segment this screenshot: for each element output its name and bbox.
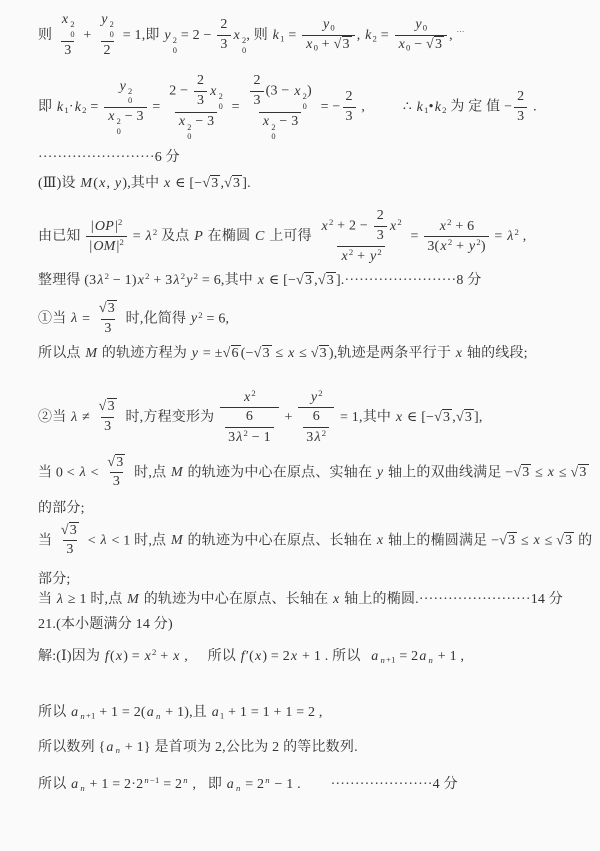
score-6-line: ························6 分 <box>38 148 578 168</box>
stacked-sub-sup: 20 <box>270 123 275 142</box>
math-variable: n <box>79 711 86 721</box>
math-variable: OP <box>94 219 115 234</box>
math-variable: y <box>114 176 122 191</box>
math-variable: P <box>193 229 204 244</box>
lambda-ge-1-line: 当 λ ≥ 1 时,点 M 的轨迹为中心在原点、长轴在 x 轴上的椭圆.····… <box>38 590 578 610</box>
math-variable: x <box>455 346 463 361</box>
case1-lambda-line: ①当 λ = √33 时,化简得 y2 = 6, <box>38 301 578 338</box>
math-variable: x <box>547 465 555 480</box>
document-body: 则 x203 + y202 = 1,即 y20 = 2 − 23x20, 则 k… <box>38 12 578 795</box>
subscript: 0 <box>406 43 411 53</box>
subscript: n+1 <box>79 711 95 721</box>
superscript: 2 <box>153 227 158 237</box>
subscript: n <box>155 711 162 721</box>
math-variable: λ <box>70 410 78 425</box>
fraction: 23 <box>374 208 387 245</box>
math-variable: x <box>533 533 541 548</box>
math-variable: x <box>254 649 262 664</box>
fraction: y202 <box>97 12 117 59</box>
math-variable: y <box>163 28 171 43</box>
superscript: 2 <box>105 271 110 281</box>
math-variable: x <box>61 12 69 27</box>
subscript: 2 <box>442 105 447 115</box>
math-variable: x <box>233 28 241 43</box>
subscript: 1 <box>280 33 285 43</box>
sqrt-radical: √3 <box>254 345 272 361</box>
superscript: 2 <box>322 428 327 438</box>
math-variable: n <box>264 775 271 785</box>
subscript: 2 <box>373 33 378 43</box>
sqrt-radical: √3 <box>296 272 314 288</box>
superscript: 2 <box>118 217 123 227</box>
fraction: x203 <box>58 12 78 59</box>
math-variable: λ <box>70 311 78 326</box>
fraction: x2 + 63(x2 + y2) <box>424 218 488 256</box>
fraction: y0x0 + √3 <box>302 17 355 54</box>
superscript: 2 <box>152 647 157 657</box>
ellipse-substitution-line: 则 x203 + y202 = 1,即 y20 = 2 − 23x20, 则 k… <box>38 12 578 59</box>
op-om-ratio-line: 由已知 |OP|2|OM|2 = λ2 及点 P 在椭圆 C 上可得 x2 + … <box>38 208 578 265</box>
fraction: √33 <box>58 523 82 560</box>
fraction: 23 <box>250 73 263 110</box>
fraction: 23(3 − x20)x20 − 3 <box>245 73 314 142</box>
math-variable: n <box>143 775 150 785</box>
math-variable: k <box>272 28 280 43</box>
math-variable: x <box>178 114 186 129</box>
math-variable: x <box>144 649 152 664</box>
math-variable: x <box>395 410 403 425</box>
sqrt-radical: √3 <box>499 532 517 548</box>
tiny-mark: ⋯ <box>457 27 466 36</box>
fraction: |OP|2|OM|2 <box>86 218 127 256</box>
math-variable: x <box>439 219 447 234</box>
stacked-sub-sup: 20 <box>302 92 307 111</box>
math-variable: k <box>416 100 424 115</box>
trajectory-segments-line: 所以点 M 的轨迹方程为 y = ±√6(−√3 ≤ x ≤ √3),轨迹是两条… <box>38 344 578 364</box>
math-variable: M <box>84 346 98 361</box>
stacked-sub-sup: 20 <box>116 117 121 136</box>
math-variable: a <box>70 705 79 720</box>
math-variable: x <box>293 84 301 99</box>
simplified-equation-line: 整理得 (3λ2 − 1)x2 + 3λ2y2 = 6,其中 x ∈ [−√3,… <box>38 271 578 291</box>
fraction: 2 − 23x20x20 − 3 <box>166 73 226 142</box>
math-variable: n <box>79 783 86 793</box>
math-variable: λ <box>235 430 243 445</box>
math-variable: x <box>398 37 406 52</box>
subscript: n <box>235 783 242 793</box>
subscript: 1 <box>220 711 225 721</box>
sqrt-radical: √6 <box>223 345 241 361</box>
hyperbola-case-line: 当 0 < λ < √33 时,点 M 的轨迹为中心在原点、实轴在 y 轴上的双… <box>38 455 578 492</box>
math-variable: y <box>191 346 199 361</box>
math-variable: k <box>434 100 442 115</box>
sqrt-radical: √3 <box>311 345 329 361</box>
math-variable: y <box>185 273 193 288</box>
math-variable: x <box>137 273 145 288</box>
subscript: 0 <box>330 23 335 33</box>
fraction: √33 <box>104 455 128 492</box>
math-variable: M <box>170 465 184 480</box>
superscript: 2 <box>447 217 452 227</box>
math-variable: y <box>100 12 108 27</box>
sqrt-radical: √3 <box>556 532 574 548</box>
math-variable: a <box>146 705 155 720</box>
math-variable: OM <box>92 239 116 254</box>
math-variable: x <box>305 37 313 52</box>
math-variable: f <box>104 649 110 664</box>
math-variable: λ <box>145 229 153 244</box>
fraction: x2 + 2 − 23x2x2 + y2 <box>318 208 405 265</box>
math-variable: f <box>240 649 246 664</box>
superscript: 2 <box>329 217 334 227</box>
fraction: 23 <box>343 89 356 126</box>
math-variable: x <box>98 176 106 191</box>
superscript: 2 <box>145 271 150 281</box>
math-variable: x <box>172 649 180 664</box>
math-variable: C <box>254 229 266 244</box>
fraction: 23 <box>514 89 527 126</box>
stacked-sub-sup: 20 <box>109 20 114 39</box>
superscript: n−1 <box>143 775 159 785</box>
sqrt-radical: √3 <box>99 398 117 414</box>
sqrt-radical: √3 <box>334 36 352 52</box>
math-variable: x <box>107 109 115 124</box>
subscript: n+1 <box>379 655 395 665</box>
fraction: √33 <box>96 399 120 436</box>
math-variable: x <box>287 346 295 361</box>
superscript: 2 <box>349 247 354 257</box>
sqrt-radical: √3 <box>513 464 531 480</box>
math-variable: y <box>310 390 318 405</box>
part-iii-setup-line: (Ⅲ)设 M(x, y),其中 x ∈ [−√3,√3]. <box>38 174 578 194</box>
math-variable: x <box>376 533 384 548</box>
fraction: y20x20 − 3 <box>104 79 147 137</box>
superscript: 2 <box>377 247 382 257</box>
subscript: 0 <box>423 23 428 33</box>
recurrence-line: 所以 an+1 + 1 = 2(an + 1),且 a1 + 1 = 1 + 1… <box>38 703 578 723</box>
superscript: 2 <box>476 237 481 247</box>
math-variable: n <box>379 655 386 665</box>
math-variable: n <box>115 745 122 755</box>
sqrt-radical: √3 <box>61 522 79 538</box>
stacked-sub-sup: 20 <box>186 123 191 142</box>
superscript: n <box>264 775 271 785</box>
fraction: 63λ2 <box>303 409 329 446</box>
continuation-line-2: 部分; <box>38 570 578 590</box>
fraction: 23 <box>194 73 207 110</box>
sqrt-radical: √3 <box>426 36 444 52</box>
math-variable: x <box>290 649 298 664</box>
math-variable: x <box>340 249 348 264</box>
math-variable: x <box>321 219 329 234</box>
math-variable: M <box>79 176 93 191</box>
stacked-sub-sup: 20 <box>69 20 74 39</box>
math-variable: n <box>428 655 435 665</box>
math-variable: λ <box>314 430 322 445</box>
math-variable: a <box>211 705 220 720</box>
superscript: 2 <box>244 428 249 438</box>
fraction: y0x0 − √3 <box>395 17 448 54</box>
subscript: n <box>428 655 435 665</box>
case2-equation-line: ②当 λ ≠ √33 时,方程变形为 x263λ2 − 1 + y263λ2 =… <box>38 389 578 447</box>
math-variable: λ <box>100 533 108 548</box>
superscript: 2 <box>198 310 203 320</box>
fraction: 63λ2 − 1 <box>225 409 274 446</box>
subscript: n <box>79 783 86 793</box>
math-variable: a <box>226 777 235 792</box>
subscript: 2 <box>82 105 87 115</box>
math-variable: a <box>70 777 79 792</box>
math-variable: M <box>126 592 140 607</box>
solution-part1-line: 解:(Ⅰ)因为 f(x) = x2 + x , 所以 f′(x) = 2x + … <box>38 647 578 667</box>
superscript: 2 <box>515 227 520 237</box>
math-variable: x <box>163 176 171 191</box>
k1k2-product-line: 即 k1·k2 = y20x20 − 3 = 2 − 23x20x20 − 3 … <box>38 73 578 142</box>
problem-21-header: 21.(本小题满分 14 分) <box>38 615 578 635</box>
math-variable: y <box>376 465 384 480</box>
sqrt-radical: √3 <box>224 175 242 191</box>
sqrt-radical: √3 <box>202 175 220 191</box>
sqrt-radical: √3 <box>318 272 336 288</box>
sqrt-radical: √3 <box>456 409 474 425</box>
math-variable: a <box>105 740 114 755</box>
math-variable: y <box>414 17 422 32</box>
superscript: 2 <box>318 388 323 398</box>
superscript: n <box>182 775 189 785</box>
math-variable: a <box>418 649 427 664</box>
superscript: 2 <box>194 271 199 281</box>
math-variable: λ <box>96 273 104 288</box>
sqrt-radical: √3 <box>434 409 452 425</box>
superscript: 2 <box>251 388 256 398</box>
math-variable: x <box>332 592 340 607</box>
math-variable: k <box>74 100 82 115</box>
math-variable: λ <box>506 229 514 244</box>
general-term-line: 所以 an + 1 = 2·2n−1 = 2n , 即 an = 2n − 1 … <box>38 775 578 795</box>
math-variable: x <box>439 239 447 254</box>
fraction: y263λ2 <box>298 389 334 447</box>
stacked-sub-sup: 20 <box>241 36 246 55</box>
geometric-sequence-line: 所以数列 {an + 1} 是首项为 2,公比为 2 的等比数列. <box>38 738 578 758</box>
superscript: 2 <box>397 217 402 227</box>
subscript: n <box>115 745 122 755</box>
fraction: x263λ2 − 1 <box>220 389 279 447</box>
subscript: 1 <box>64 105 69 115</box>
document-page: 则 x203 + y202 = 1,即 y20 = 2 − 23x20, 则 k… <box>0 0 600 851</box>
math-variable: x <box>209 84 217 99</box>
math-variable: λ <box>79 465 87 480</box>
ellipse-x-axis-case-line: 当 √33 < λ < 1 时,点 M 的轨迹为中心在原点、长轴在 x 轴上的椭… <box>38 523 578 560</box>
math-variable: y <box>119 79 127 94</box>
stacked-sub-sup: 20 <box>172 36 177 55</box>
sqrt-radical: √3 <box>570 464 588 480</box>
math-variable: x <box>257 273 265 288</box>
math-variable: n <box>155 711 162 721</box>
subscript: 1 <box>424 105 429 115</box>
stacked-sub-sup: 20 <box>127 87 132 106</box>
continuation-line-1: 的部分; <box>38 499 578 519</box>
math-variable: M <box>170 533 184 548</box>
math-variable: n <box>182 775 189 785</box>
math-variable: λ <box>172 273 180 288</box>
sqrt-radical: √3 <box>99 300 117 316</box>
math-variable: x <box>115 649 123 664</box>
math-variable: n <box>235 783 242 793</box>
superscript: 2 <box>448 237 453 247</box>
fraction: 23 <box>217 17 230 54</box>
math-variable: λ <box>56 592 64 607</box>
fraction: √33 <box>96 301 120 338</box>
sqrt-radical: √3 <box>107 454 125 470</box>
math-variable: x <box>262 114 270 129</box>
subscript: 0 <box>314 43 319 53</box>
math-variable: k <box>364 28 372 43</box>
stacked-sub-sup: 20 <box>218 92 223 111</box>
superscript: 2 <box>120 237 125 247</box>
